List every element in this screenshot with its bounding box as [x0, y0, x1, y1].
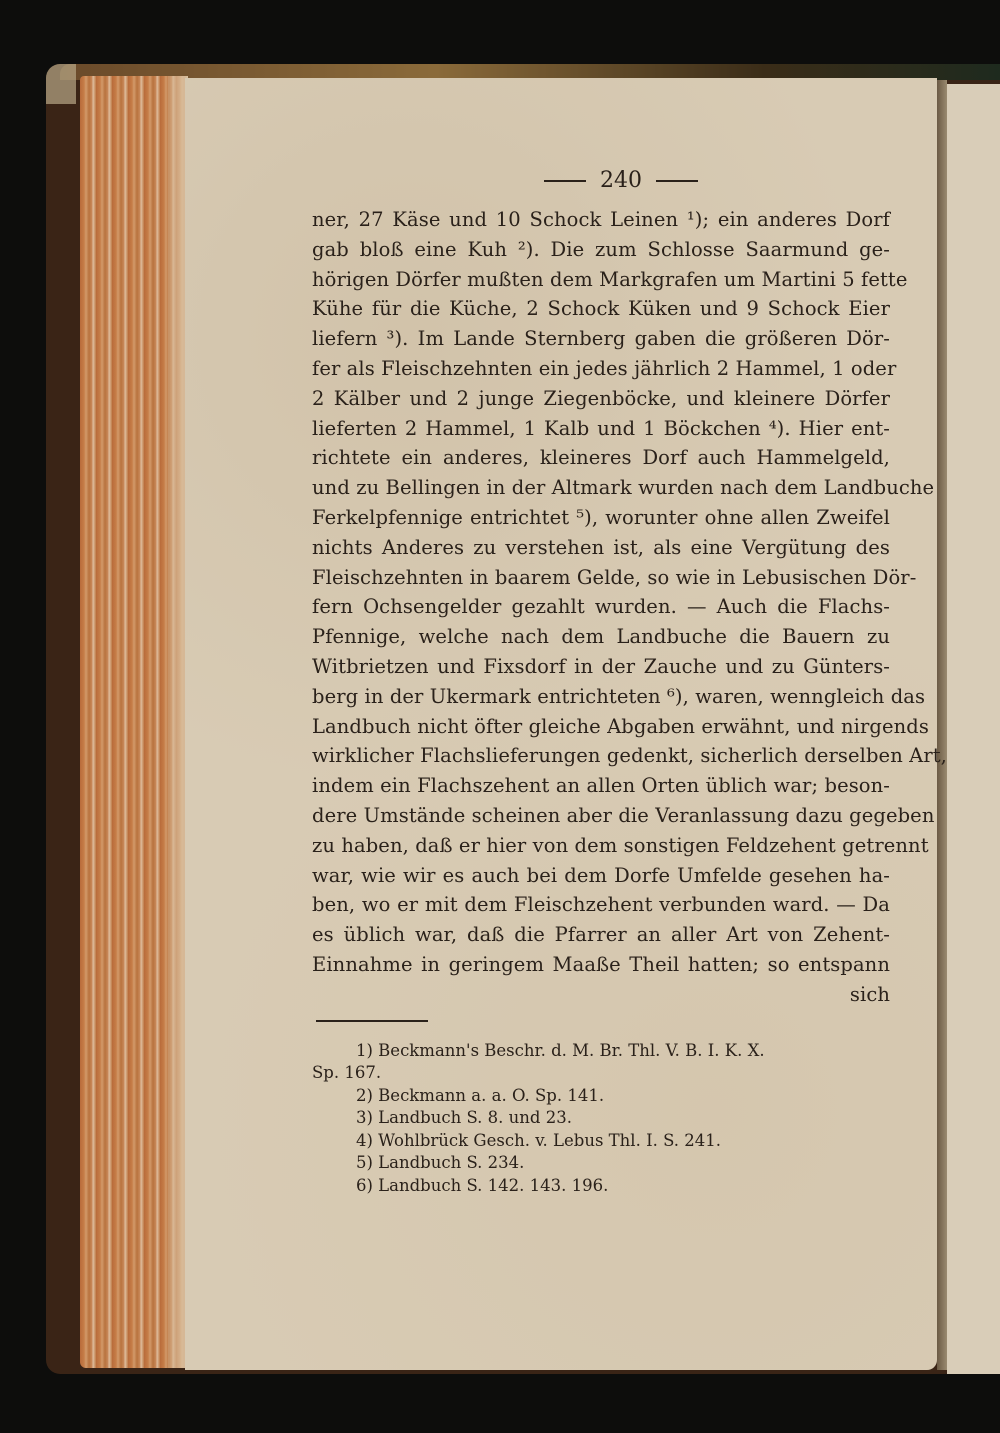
book-gutter	[937, 80, 947, 1370]
catchword: sich	[312, 980, 890, 1010]
text-line: ben, wo er mit dem Fleischzehent verbund…	[312, 890, 890, 920]
text-line: zu haben, daß er hier von dem sonstigen …	[312, 831, 890, 861]
text-line: richtete ein anderes, kleineres Dorf auc…	[312, 443, 890, 473]
text-line: dere Umstände scheinen aber die Veranlas…	[312, 801, 890, 831]
footnotes: 1) Beckmann's Beschr. d. M. Br. Thl. V. …	[312, 1040, 890, 1198]
footnote-1-continued: Sp. 167.	[312, 1062, 890, 1085]
text-line: Landbuch nicht öfter gleiche Abgaben erw…	[312, 712, 890, 742]
text-line: indem ein Flachszehent an allen Orten üb…	[312, 771, 890, 801]
text-line: nichts Anderes zu verstehen ist, als ein…	[312, 533, 890, 563]
worn-cover-corner	[46, 64, 76, 104]
text-line: es üblich war, daß die Pfarrer an aller …	[312, 920, 890, 950]
page-text-area: 240 ner, 27 Käse und 10 Schock Leinen ¹)…	[312, 168, 890, 1197]
page-header: 240	[352, 168, 890, 193]
footnote-5: 5) Landbuch S. 234.	[312, 1152, 890, 1175]
text-line: Ferkelpfennige entrichtet ⁵), worunter o…	[312, 503, 890, 533]
text-line: berg in der Ukermark entrichteten ⁶), wa…	[312, 682, 890, 712]
footnote-3: 3) Landbuch S. 8. und 23.	[312, 1107, 890, 1130]
text-line: und zu Bellingen in der Altmark wurden n…	[312, 473, 890, 503]
header-dash-left	[544, 180, 586, 182]
text-line: Einnahme in geringem Maaße Theil hatten;…	[312, 950, 890, 980]
text-line: Fleischzehnten in baarem Gelde, so wie i…	[312, 563, 890, 593]
text-line: war, wie wir es auch bei dem Dorfe Umfel…	[312, 861, 890, 891]
text-line: Pfennige, welche nach dem Landbuche die …	[312, 622, 890, 652]
header-dash-right	[656, 180, 698, 182]
text-line: Witbrietzen und Fixsdorf in der Zauche u…	[312, 652, 890, 682]
footnote-2: 2) Beckmann a. a. O. Sp. 141.	[312, 1085, 890, 1108]
text-line: hörigen Dörfer mußten dem Markgrafen um …	[312, 265, 890, 295]
footnote-separator	[316, 1020, 428, 1022]
footnote-4: 4) Wohlbrück Gesch. v. Lebus Thl. I. S. …	[312, 1130, 890, 1153]
page-edges-stack	[80, 76, 188, 1368]
text-line: Kühe für die Küche, 2 Schock Küken und 9…	[312, 294, 890, 324]
body-text: ner, 27 Käse und 10 Schock Leinen ¹); ei…	[312, 205, 890, 1010]
text-line: fer als Fleischzehnten ein jedes jährlic…	[312, 354, 890, 384]
text-line: ner, 27 Käse und 10 Schock Leinen ¹); ei…	[312, 205, 890, 235]
text-line: gab bloß eine Kuh ²). Die zum Schlosse S…	[312, 235, 890, 265]
text-line: liefern ³). Im Lande Sternberg gaben die…	[312, 324, 890, 354]
text-line: lieferten 2 Hammel, 1 Kalb und 1 Böckche…	[312, 414, 890, 444]
text-line: 2 Kälber und 2 junge Ziegenböcke, und kl…	[312, 384, 890, 414]
text-line: wirklicher Flachslieferungen gedenkt, si…	[312, 741, 890, 771]
footnote-6: 6) Landbuch S. 142. 143. 196.	[312, 1175, 890, 1198]
facing-page-edge	[947, 84, 1000, 1374]
text-line: fern Ochsengelder gezahlt wurden. — Auch…	[312, 592, 890, 622]
footnote-1: 1) Beckmann's Beschr. d. M. Br. Thl. V. …	[312, 1040, 890, 1063]
page-number: 240	[600, 168, 642, 193]
